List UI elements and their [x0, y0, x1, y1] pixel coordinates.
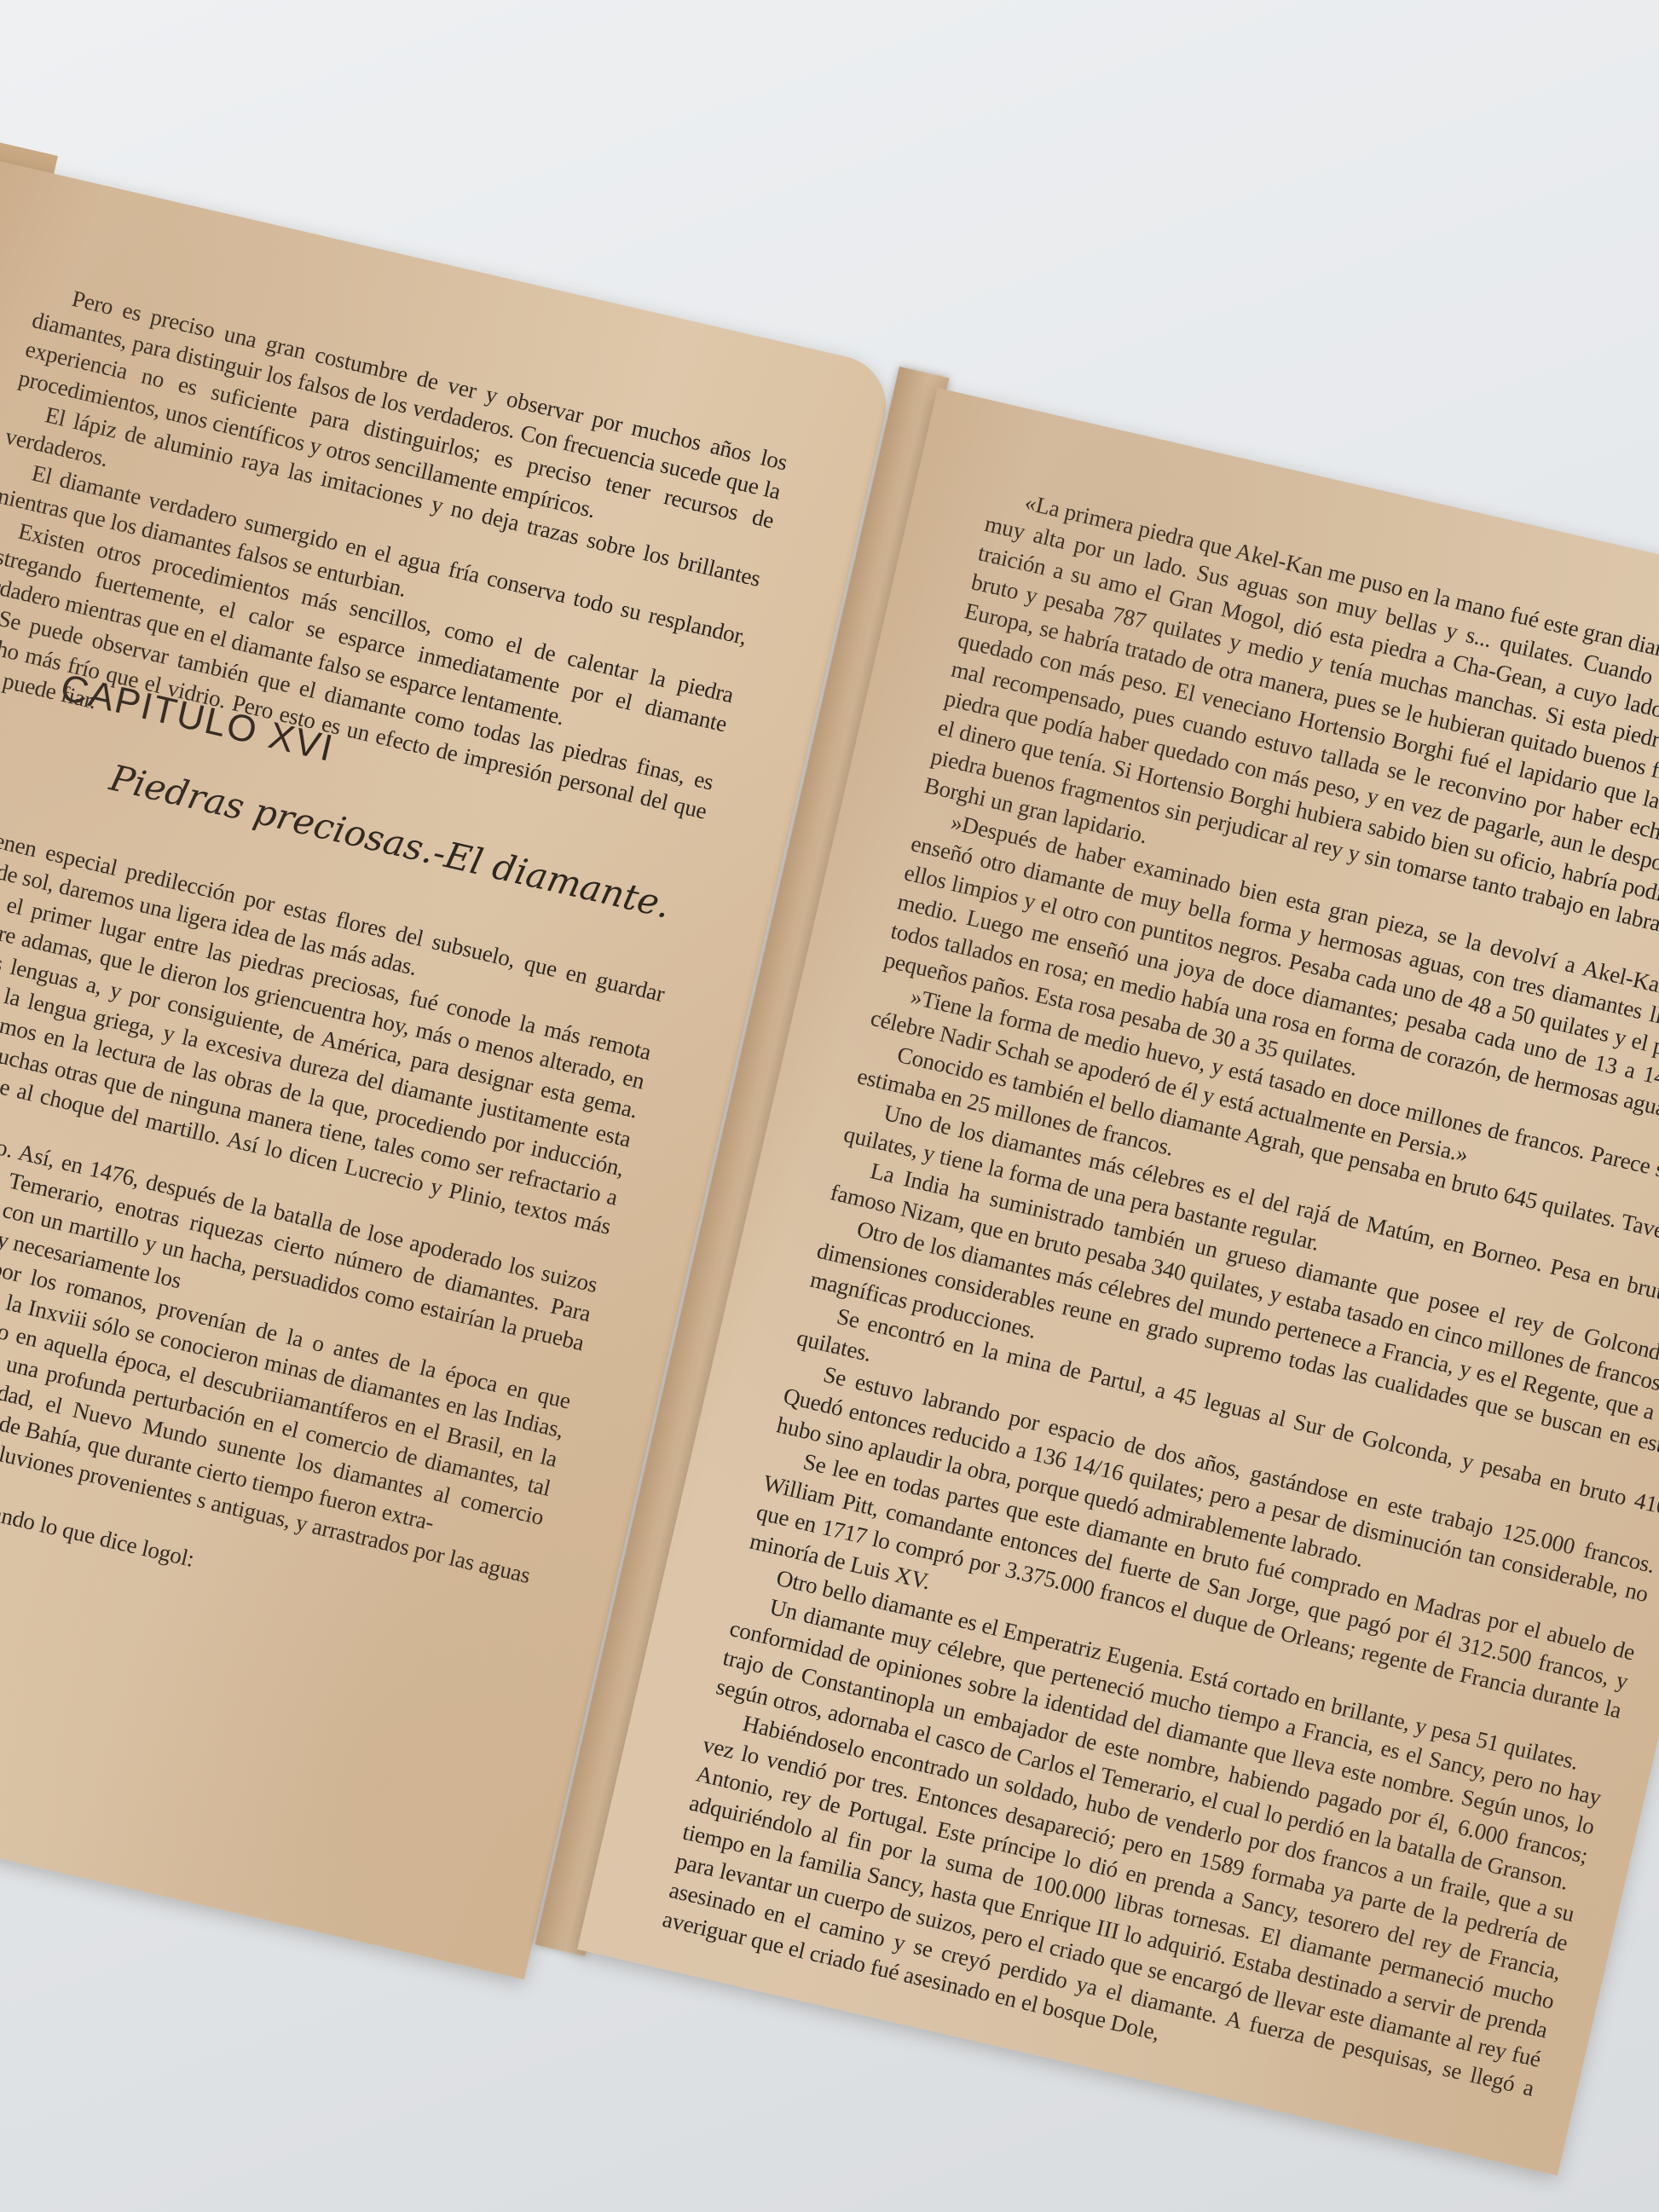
left-page-body-text: omo las damas tienen especial predilecci…	[0, 788, 668, 1649]
photo-scene: Pero es preciso una gran costumbre de ve…	[0, 0, 1659, 2212]
